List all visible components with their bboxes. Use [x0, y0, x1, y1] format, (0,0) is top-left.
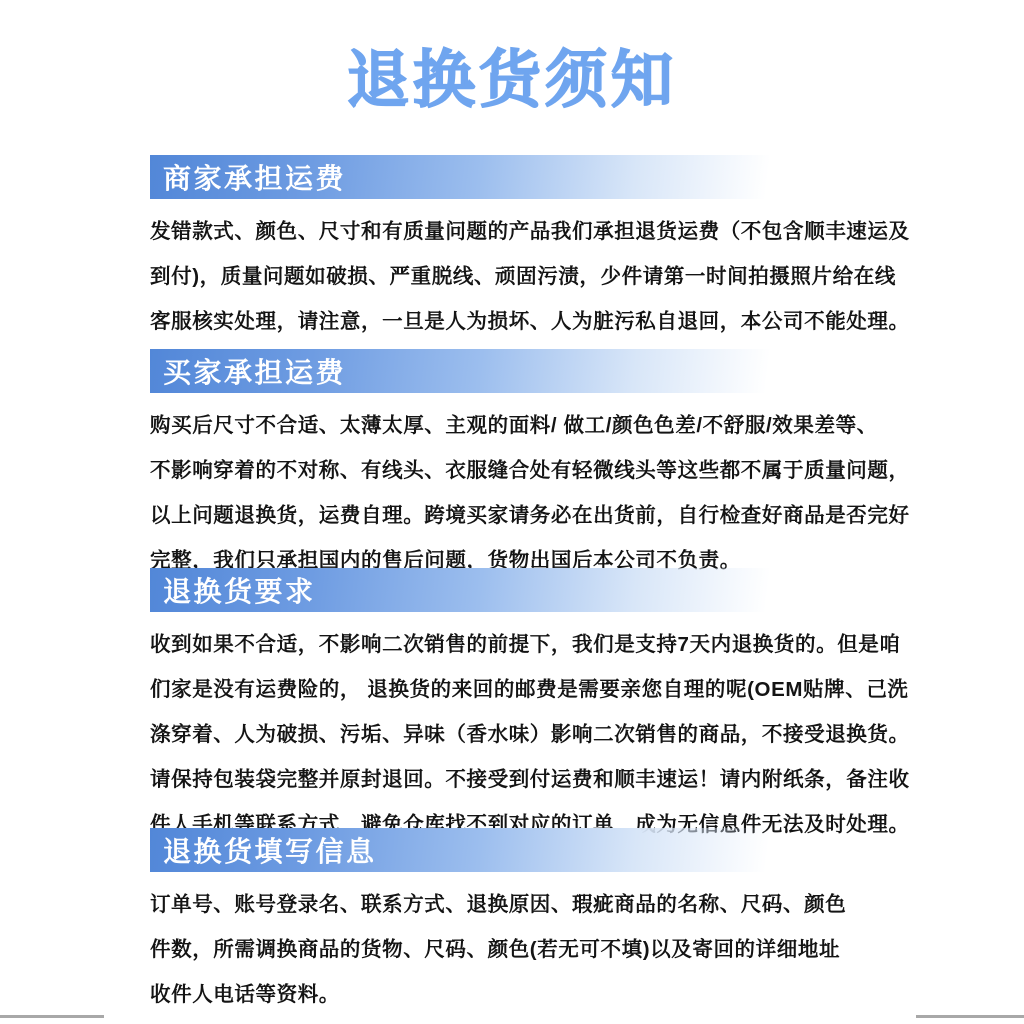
section-heading-bar: 退换货要求	[150, 568, 884, 612]
bottom-left-edge-line	[0, 1015, 104, 1018]
section-body: 购买后尺寸不合适、太薄太厚、主观的面料/ 做工/颜色色差/不舒服/效果差等、 不…	[150, 403, 910, 583]
section-body: 发错款式、颜色、尺寸和有质量问题的产品我们承担退货运费（不包含顺丰速运及 到付)…	[150, 209, 910, 344]
section-heading-bar: 商家承担运费	[150, 155, 884, 199]
section-merchant-pays-shipping: 商家承担运费 发错款式、颜色、尺寸和有质量问题的产品我们承担退货运费（不包含顺丰…	[150, 155, 910, 344]
bottom-right-edge-line	[916, 1015, 1024, 1018]
section-heading: 买家承担运费	[163, 351, 346, 391]
section-return-info-to-fill: 退换货填写信息 订单号、账号登录名、联系方式、退换原因、瑕疵商品的名称、尺码、颜…	[150, 828, 910, 1017]
section-return-requirements: 退换货要求 收到如果不合适，不影响二次销售的前提下，我们是支持7天内退换货的。但…	[150, 568, 910, 847]
page-title: 退换货须知	[0, 30, 1024, 119]
section-heading: 退换货填写信息	[163, 830, 377, 870]
section-heading-bar: 退换货填写信息	[150, 828, 884, 872]
section-body: 收到如果不合适，不影响二次销售的前提下，我们是支持7天内退换货的。但是咱 们家是…	[150, 622, 910, 847]
section-body: 订单号、账号登录名、联系方式、退换原因、瑕疵商品的名称、尺码、颜色 件数，所需调…	[150, 882, 910, 1017]
section-heading: 商家承担运费	[163, 157, 346, 197]
section-buyer-pays-shipping: 买家承担运费 购买后尺寸不合适、太薄太厚、主观的面料/ 做工/颜色色差/不舒服/…	[150, 349, 910, 583]
section-heading: 退换货要求	[163, 570, 316, 610]
section-heading-bar: 买家承担运费	[150, 349, 884, 393]
